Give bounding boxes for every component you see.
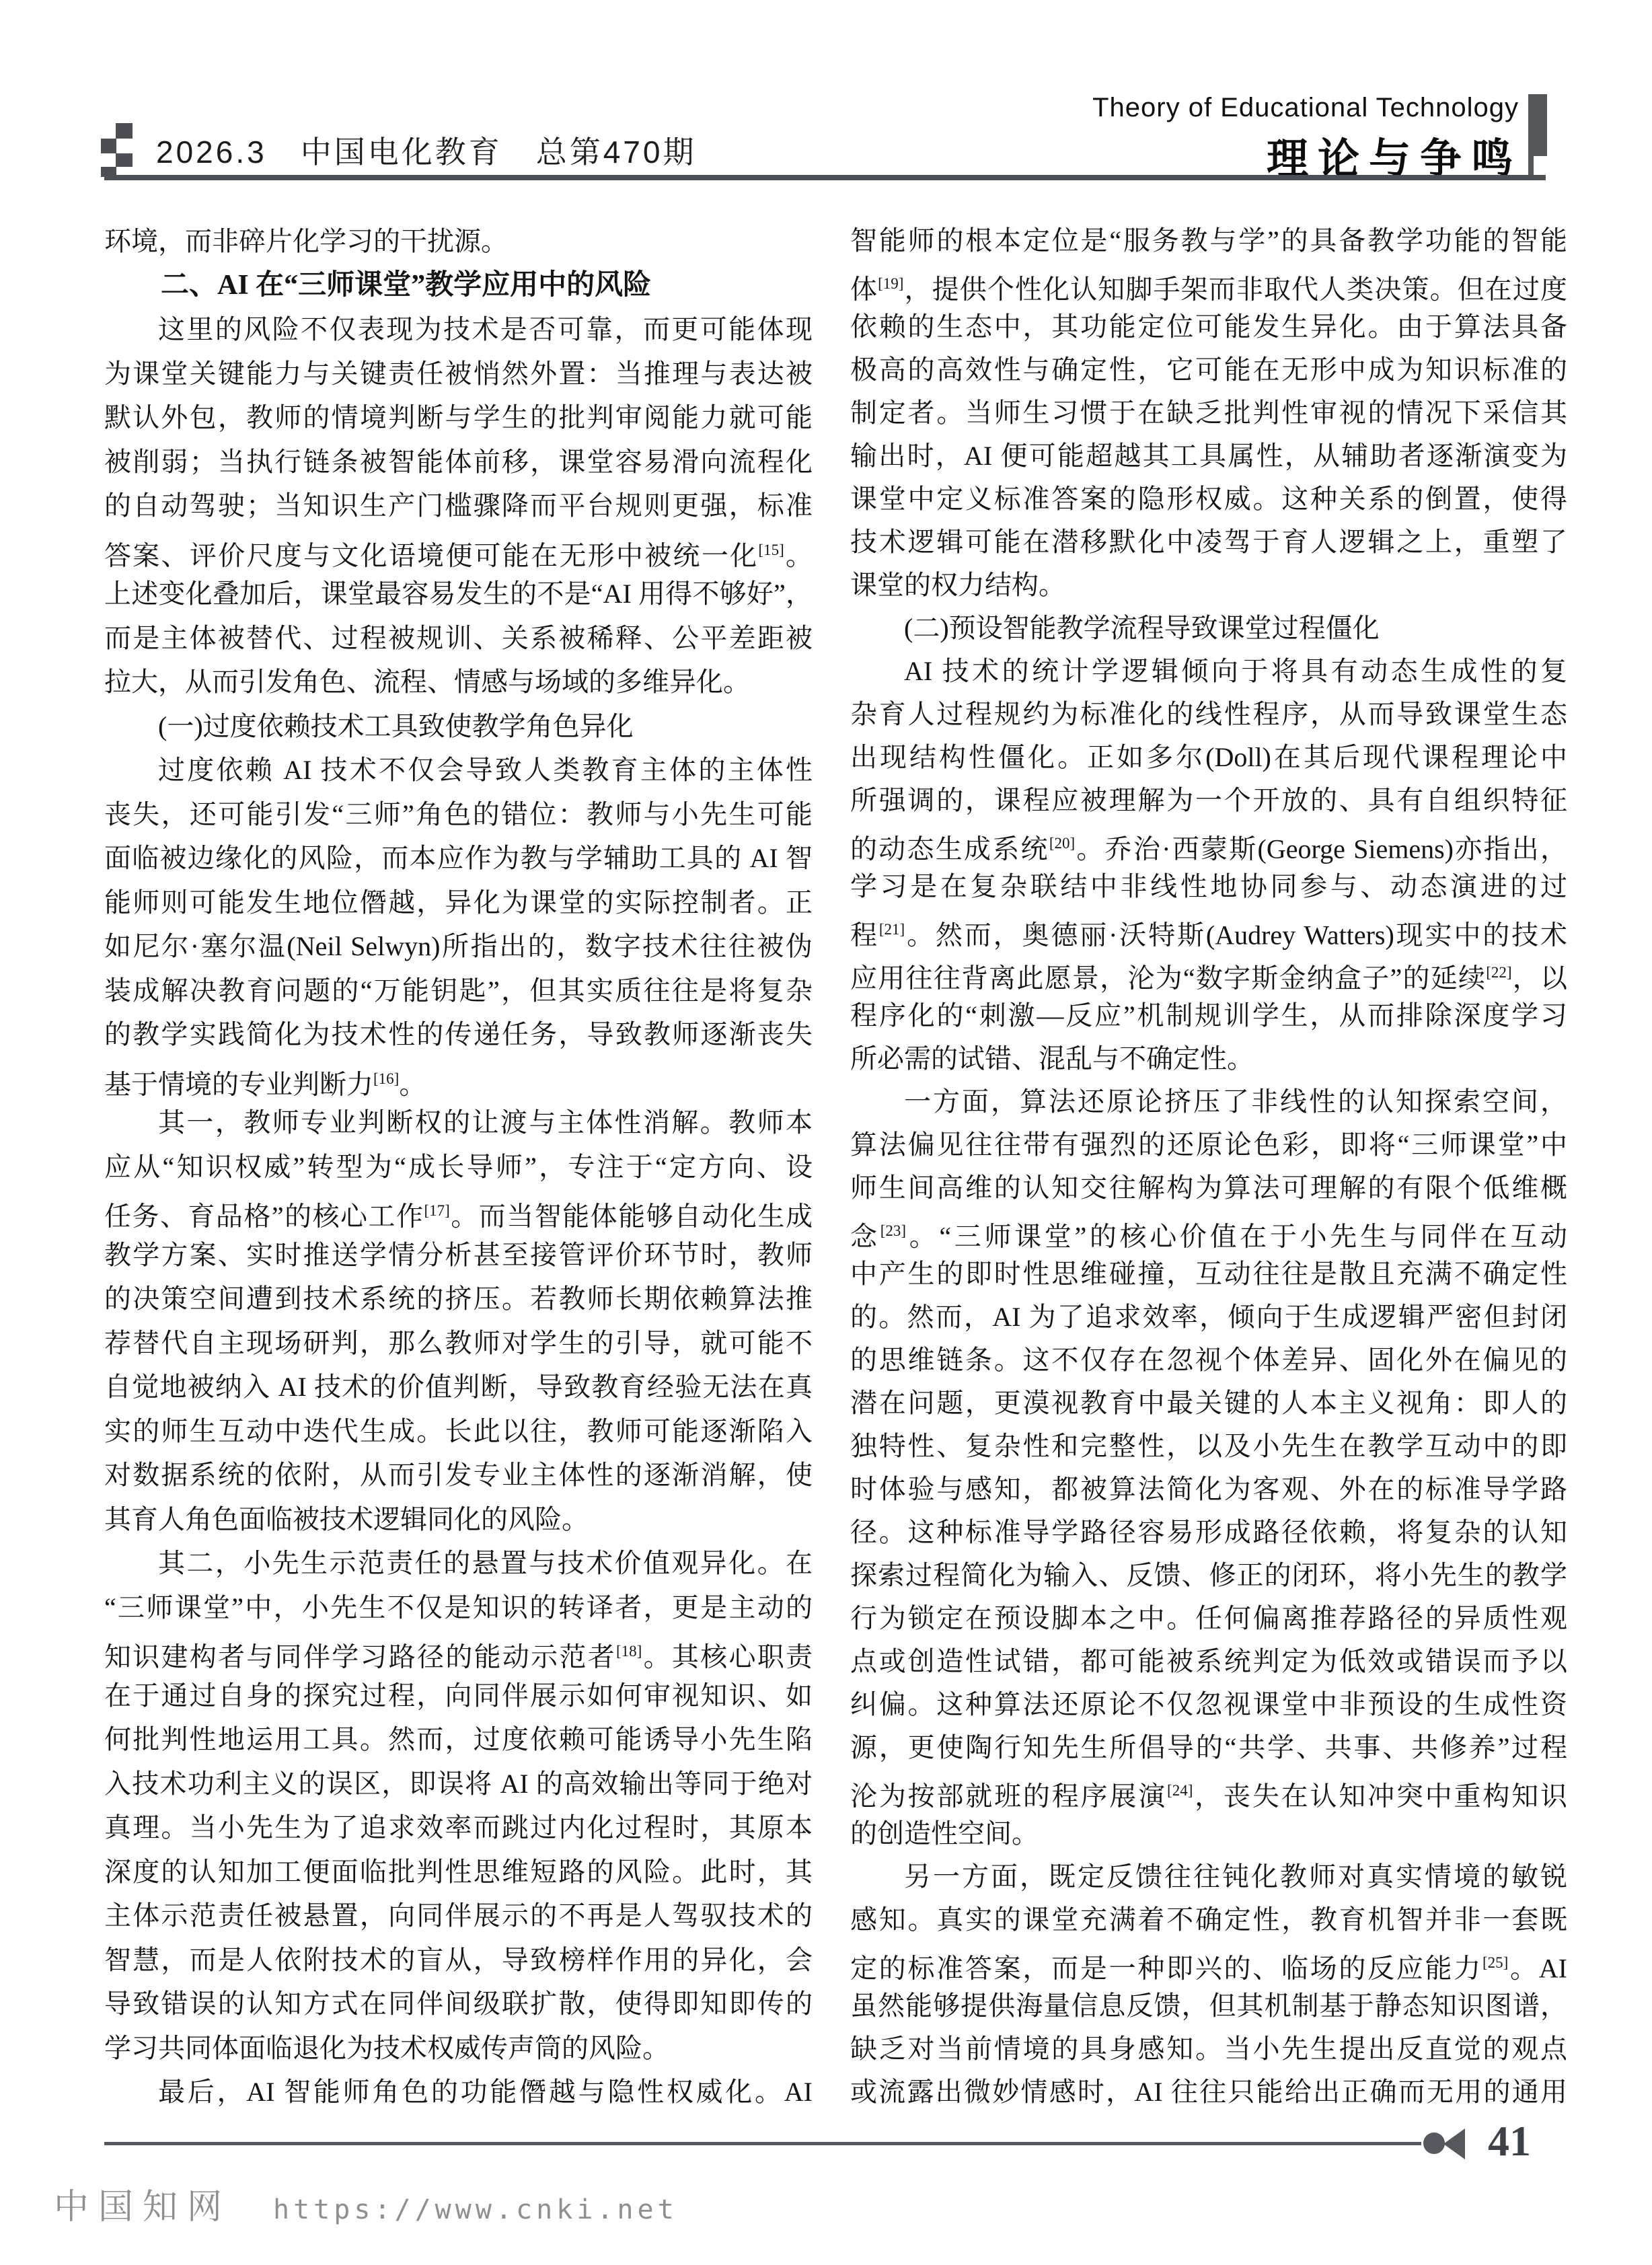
checker-decoration-icon xyxy=(101,123,133,177)
text-line: 一方面，算法还原论挤压了非线性的认知探索空间， xyxy=(850,1080,1567,1123)
text-line: 所强调的，课程应被理解为一个开放的、具有自组织特征 xyxy=(850,779,1567,822)
text-line: 实的师生互动中迭代生成。长此以往，教师可能逐渐陷入 xyxy=(104,1409,813,1454)
text-line: 最后，AI 智能师角色的功能僭越与隐性权威化。AI xyxy=(104,2070,813,2114)
text-line: 杂育人过程规约为标准化的线性程序，从而导致课堂生态 xyxy=(850,693,1567,736)
header-rule xyxy=(104,175,1546,180)
text-line: 算法偏见往往带有强烈的还原论色彩，即将“三师课堂”中 xyxy=(850,1123,1567,1166)
text-line: 程序化的“刺激—反应”机制规训学生，从而排除深度学习 xyxy=(850,994,1567,1037)
text-line: 过度依赖 AI 技术不仅会导致人类教育主体的主体性 xyxy=(104,748,813,792)
text-line: (二)预设智能教学流程导致课堂过程僵化 xyxy=(850,607,1567,650)
text-line: AI 技术的统计学逻辑倾向于将具有动态生成性的复 xyxy=(850,650,1567,693)
scanned-journal-page: 2026.3 中国电化教育 总第470期 Theory of Education… xyxy=(0,0,1652,2265)
text-line: 知识建构者与同伴学习路径的能动示范者[18]。其核心职责 xyxy=(104,1629,813,1674)
text-line: 所必需的试错、混乱与不确定性。 xyxy=(850,1037,1567,1080)
text-line: 应用往往背离此愿景，沦为“数字斯金纳盒子”的延续[22]，以 xyxy=(850,951,1567,994)
text-line: 制定者。当师生习惯于在缺乏批判性审视的情况下采信其 xyxy=(850,392,1567,435)
checker-square xyxy=(116,153,133,167)
text-line: 中产生的即时性思维碰撞，互动往往是散且充满不确定性 xyxy=(850,1253,1567,1296)
checker-square xyxy=(101,139,116,153)
text-line: 另一方面，既定反馈往往钝化教师对真实情境的敏锐 xyxy=(850,1855,1567,1898)
text-line: 其一，教师专业判断权的让渡与主体性消解。教师本 xyxy=(104,1101,813,1145)
text-line: 上述变化叠加后，课堂最容易发生的不是“AI 用得不够好”， xyxy=(104,572,813,616)
text-line: 点或创造性试错，都可能被系统判定为低效或错误而予以 xyxy=(850,1640,1567,1683)
text-line: 任务、育品格”的核心工作[17]。而当智能体能够自动化生成 xyxy=(104,1189,813,1233)
text-line: 如尼尔·塞尔温(Neil Selwyn)所指出的，数字技术往往被伪 xyxy=(104,924,813,969)
journal-issue-info: 2026.3 中国电化教育 总第470期 xyxy=(156,128,696,172)
text-line: 的决策空间遭到技术系统的挤压。若教师长期依赖算法推 xyxy=(104,1277,813,1321)
text-line: 基于情境的专业判断力[16]。 xyxy=(104,1057,813,1101)
text-line: 师生间高维的认知交往解构为算法可理解的有限个低维概 xyxy=(850,1166,1567,1210)
text-line: 程[21]。然而，奥德丽·沃特斯(Audrey Watters)现实中的技术 xyxy=(850,908,1567,951)
text-line: 默认外包，教师的情境判断与学生的批判审阅能力就可能 xyxy=(104,396,813,440)
text-line: 学习共同体面临退化为技术权威传声筒的风险。 xyxy=(104,2026,813,2071)
text-line: 自觉地被纳入 AI 技术的价值判断，导致教育经验无法在真 xyxy=(104,1365,813,1409)
text-line: 环境，而非碎片化学习的干扰源。 xyxy=(104,219,813,264)
text-line: 教学方案、实时推送学情分析甚至接管评价环节时，教师 xyxy=(104,1233,813,1277)
text-line: 出现结构性僵化。正如多尔(Doll)在其后现代课程理论中 xyxy=(850,736,1567,779)
text-line: 入技术功利主义的误区，即误将 AI 的高效输出等同于绝对 xyxy=(104,1762,813,1806)
text-line: 虽然能够提供海量信息反馈，但其机制基于静态知识图谱， xyxy=(850,1984,1567,2028)
text-line: 体[19]，提供个性化认知脚手架而非取代人类决策。但在过度 xyxy=(850,262,1567,305)
text-line: 时体验与感知，都被算法简化为客观、外在的标准导学路 xyxy=(850,1468,1567,1511)
article-column-left: 环境，而非碎片化学习的干扰源。二、AI 在“三师课堂”教学应用中的风险这里的风险… xyxy=(104,219,813,2114)
page-number: 41 xyxy=(1488,2116,1531,2166)
text-line: (一)过度依赖技术工具致使教学角色异化 xyxy=(104,704,813,749)
text-line: 拉大，从而引发角色、流程、情感与场域的多维异化。 xyxy=(104,660,813,704)
text-line: 的。然而，AI 为了追求效率，倾向于生成逻辑严密但封闭 xyxy=(850,1296,1567,1339)
text-line: 对数据系统的依附，从而引发专业主体性的逐渐消解，使 xyxy=(104,1453,813,1497)
text-line: 何批判性地运用工具。然而，过度依赖可能诱导小先生陷 xyxy=(104,1717,813,1762)
text-line: 的教学实践简化为技术性的传递任务，导致教师逐渐丧失 xyxy=(104,1012,813,1057)
bookmark-triangle-icon xyxy=(1443,2128,1465,2159)
text-line: 沦为按部就班的程序展演[24]，丧失在认知冲突中重构知识 xyxy=(850,1769,1567,1812)
text-line: 缺乏对当前情境的具身感知。当小先生提出反直觉的观点 xyxy=(850,2028,1567,2071)
bookmark-dot-icon xyxy=(1423,2132,1445,2154)
text-line: 面临被边缘化的风险，而本应作为教与学辅助工具的 AI 智 xyxy=(104,836,813,881)
text-line: 输出时，AI 便可能超越其工具属性，从辅助者逐渐演变为 xyxy=(850,435,1567,478)
text-line: 念[23]。“三师课堂”的核心价值在于小先生与同伴在互动 xyxy=(850,1210,1567,1253)
text-line: 其二，小先生示范责任的悬置与技术价值观异化。在 xyxy=(104,1541,813,1586)
footer-rule xyxy=(104,2142,1421,2145)
text-line: 依赖的生态中，其功能定位可能发生异化。由于算法具备 xyxy=(850,305,1567,348)
text-line: 应从“知识权威”转型为“成长导师”，专注于“定方向、设 xyxy=(104,1145,813,1189)
text-line: 的思维链条。这不仅存在忽视个体差异、固化外在偏见的 xyxy=(850,1339,1567,1382)
text-line: 的动态生成系统[20]。乔治·西蒙斯(George Siemens)亦指出， xyxy=(850,822,1567,865)
text-line: 或流露出微妙情感时，AI 往往只能给出正确而无用的通用 xyxy=(850,2071,1567,2114)
text-line: 主体示范责任被悬置，向同伴展示的不再是人驾驭技术的 xyxy=(104,1894,813,1938)
text-line: 学习是在复杂联结中非线性地协同参与、动态演进的过 xyxy=(850,865,1567,908)
section-heading: 二、AI 在“三师课堂”教学应用中的风险 xyxy=(104,264,813,308)
section-title-english: Theory of Educational Technology xyxy=(1092,93,1519,123)
text-line: 丧失，还可能引发“三师”角色的错位：教师与小先生可能 xyxy=(104,792,813,837)
cnki-watermark-url: https://www.cnki.net xyxy=(273,2194,678,2225)
text-line: 能师则可能发生地位僭越，异化为课堂的实际控制者。正 xyxy=(104,881,813,925)
text-line: 源，更使陶行知先生所倡导的“共学、共事、共修养”过程 xyxy=(850,1726,1567,1769)
text-line: 独特性、复杂性和完整性，以及小先生在教学互动中的即 xyxy=(850,1425,1567,1468)
text-line: 的创造性空间。 xyxy=(850,1812,1567,1855)
text-line: 智慧，而是人依附技术的盲从，导致榜样作用的异化，会 xyxy=(104,1938,813,1982)
text-line: 其育人角色面临被技术逻辑同化的风险。 xyxy=(104,1497,813,1542)
text-line: 智能师的根本定位是“服务教与学”的具备教学功能的智能 xyxy=(850,219,1567,262)
text-line: 感知。真实的课堂充满着不确定性，教育机智并非一套既 xyxy=(850,1898,1567,1941)
cnki-watermark-name: 中国知网 xyxy=(54,2178,231,2229)
text-line: 径。这种标准导学路径容易形成路径依赖，将复杂的认知 xyxy=(850,1511,1567,1554)
header-corner-tab xyxy=(1528,94,1547,156)
text-line: 荐替代自主现场研判，那么教师对学生的引导，就可能不 xyxy=(104,1321,813,1366)
text-line: 纠偏。这种算法还原论不仅忽视课堂中非预设的生成性资 xyxy=(850,1683,1567,1726)
text-line: 而是主体被替代、过程被规训、关系被稀释、公平差距被 xyxy=(104,616,813,661)
text-line: 为课堂关键能力与关键责任被悄然外置：当推理与表达被 xyxy=(104,352,813,396)
text-line: 行为锁定在预设脚本之中。任何偏离推荐路径的异质性观 xyxy=(850,1597,1567,1640)
text-line: 课堂中定义标准答案的隐形权威。这种关系的倒置，使得 xyxy=(850,478,1567,521)
text-line: 装成解决教育问题的“万能钥匙”，但其实质往往是将复杂 xyxy=(104,969,813,1013)
text-line: “三师课堂”中，小先生不仅是知识的转译者，更是主动的 xyxy=(104,1586,813,1630)
text-line: 的自动驾驶；当知识生产门槛骤降而平台规则更强，标准 xyxy=(104,484,813,528)
text-line: 答案、评价尺度与文化语境便可能在无形中被统一化[15]。 xyxy=(104,528,813,572)
article-column-right: 智能师的根本定位是“服务教与学”的具备教学功能的智能体[19]，提供个性化认知脚… xyxy=(850,219,1567,2114)
text-line: 导致错误的认知方式在同伴间级联扩散，使得即知即传的 xyxy=(104,1982,813,2026)
header-corner-tab-stem xyxy=(1528,156,1534,176)
text-line: 定的标准答案，而是一种即兴的、临场的反应能力[25]。AI xyxy=(850,1941,1567,1984)
text-line: 极高的高效性与确定性，它可能在无形中成为知识标准的 xyxy=(850,348,1567,392)
text-line: 技术逻辑可能在潜移默化中凌驾于育人逻辑之上，重塑了 xyxy=(850,521,1567,564)
text-line: 课堂的权力结构。 xyxy=(850,564,1567,607)
text-line: 这里的风险不仅表现为技术是否可靠，而更可能体现 xyxy=(104,307,813,352)
text-line: 被削弱；当执行链条被智能体前移，课堂容易滑向流程化 xyxy=(104,440,813,484)
cnki-watermark: 中国知网 https://www.cnki.net xyxy=(54,2178,678,2229)
text-line: 在于通过自身的探究过程，向同伴展示如何审视知识、如 xyxy=(104,1674,813,1718)
checker-square xyxy=(116,123,133,139)
text-line: 潜在问题，更漠视教育中最关键的人本主义视角：即人的 xyxy=(850,1382,1567,1425)
text-line: 探索过程简化为输入、反馈、修正的闭环，将小先生的教学 xyxy=(850,1554,1567,1597)
text-line: 深度的认知加工便面临批判性思维短路的风险。此时，其 xyxy=(104,1850,813,1894)
text-line: 真理。当小先生为了追求效率而跳过内化过程时，其原本 xyxy=(104,1806,813,1850)
